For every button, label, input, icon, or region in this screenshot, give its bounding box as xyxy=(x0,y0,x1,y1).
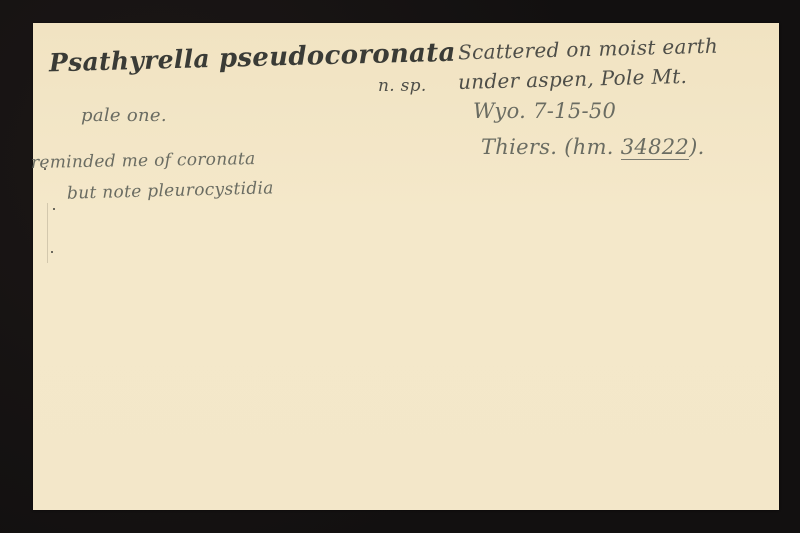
note-pleurocystidia: but note pleurocystidia xyxy=(67,178,274,203)
pin-mark xyxy=(53,208,55,210)
species-epithet: pseudocoronata xyxy=(219,38,457,74)
pin-mark xyxy=(44,168,46,170)
specimen-label-card: Psathyrella pseudocoronata n. sp. pale o… xyxy=(33,23,779,510)
herbarium-suffix: ). xyxy=(689,135,704,159)
genus-name: Psathyrella xyxy=(49,44,211,77)
note-pale-one: pale one. xyxy=(81,105,167,126)
collector-line: Thiers. (hm. 34822). xyxy=(481,135,705,159)
note-reminded-of-coronata: reminded me of coronata xyxy=(31,149,256,173)
species-name: Psathyrella pseudocoronata xyxy=(49,38,456,79)
pin-mark xyxy=(51,251,53,253)
habitat-line-2: under aspen, Pole Mt. xyxy=(458,64,688,94)
herbarium-number: 34822 xyxy=(621,135,689,160)
habitat-line-1: Scattered on moist earth xyxy=(458,34,719,65)
collector-name: Thiers. xyxy=(481,135,557,159)
left-edge-crease xyxy=(47,203,48,263)
new-species-mark: n. sp. xyxy=(378,76,427,96)
locality-date: Wyo. 7-15-50 xyxy=(473,99,616,123)
herbarium-prefix: (hm. xyxy=(564,135,614,159)
